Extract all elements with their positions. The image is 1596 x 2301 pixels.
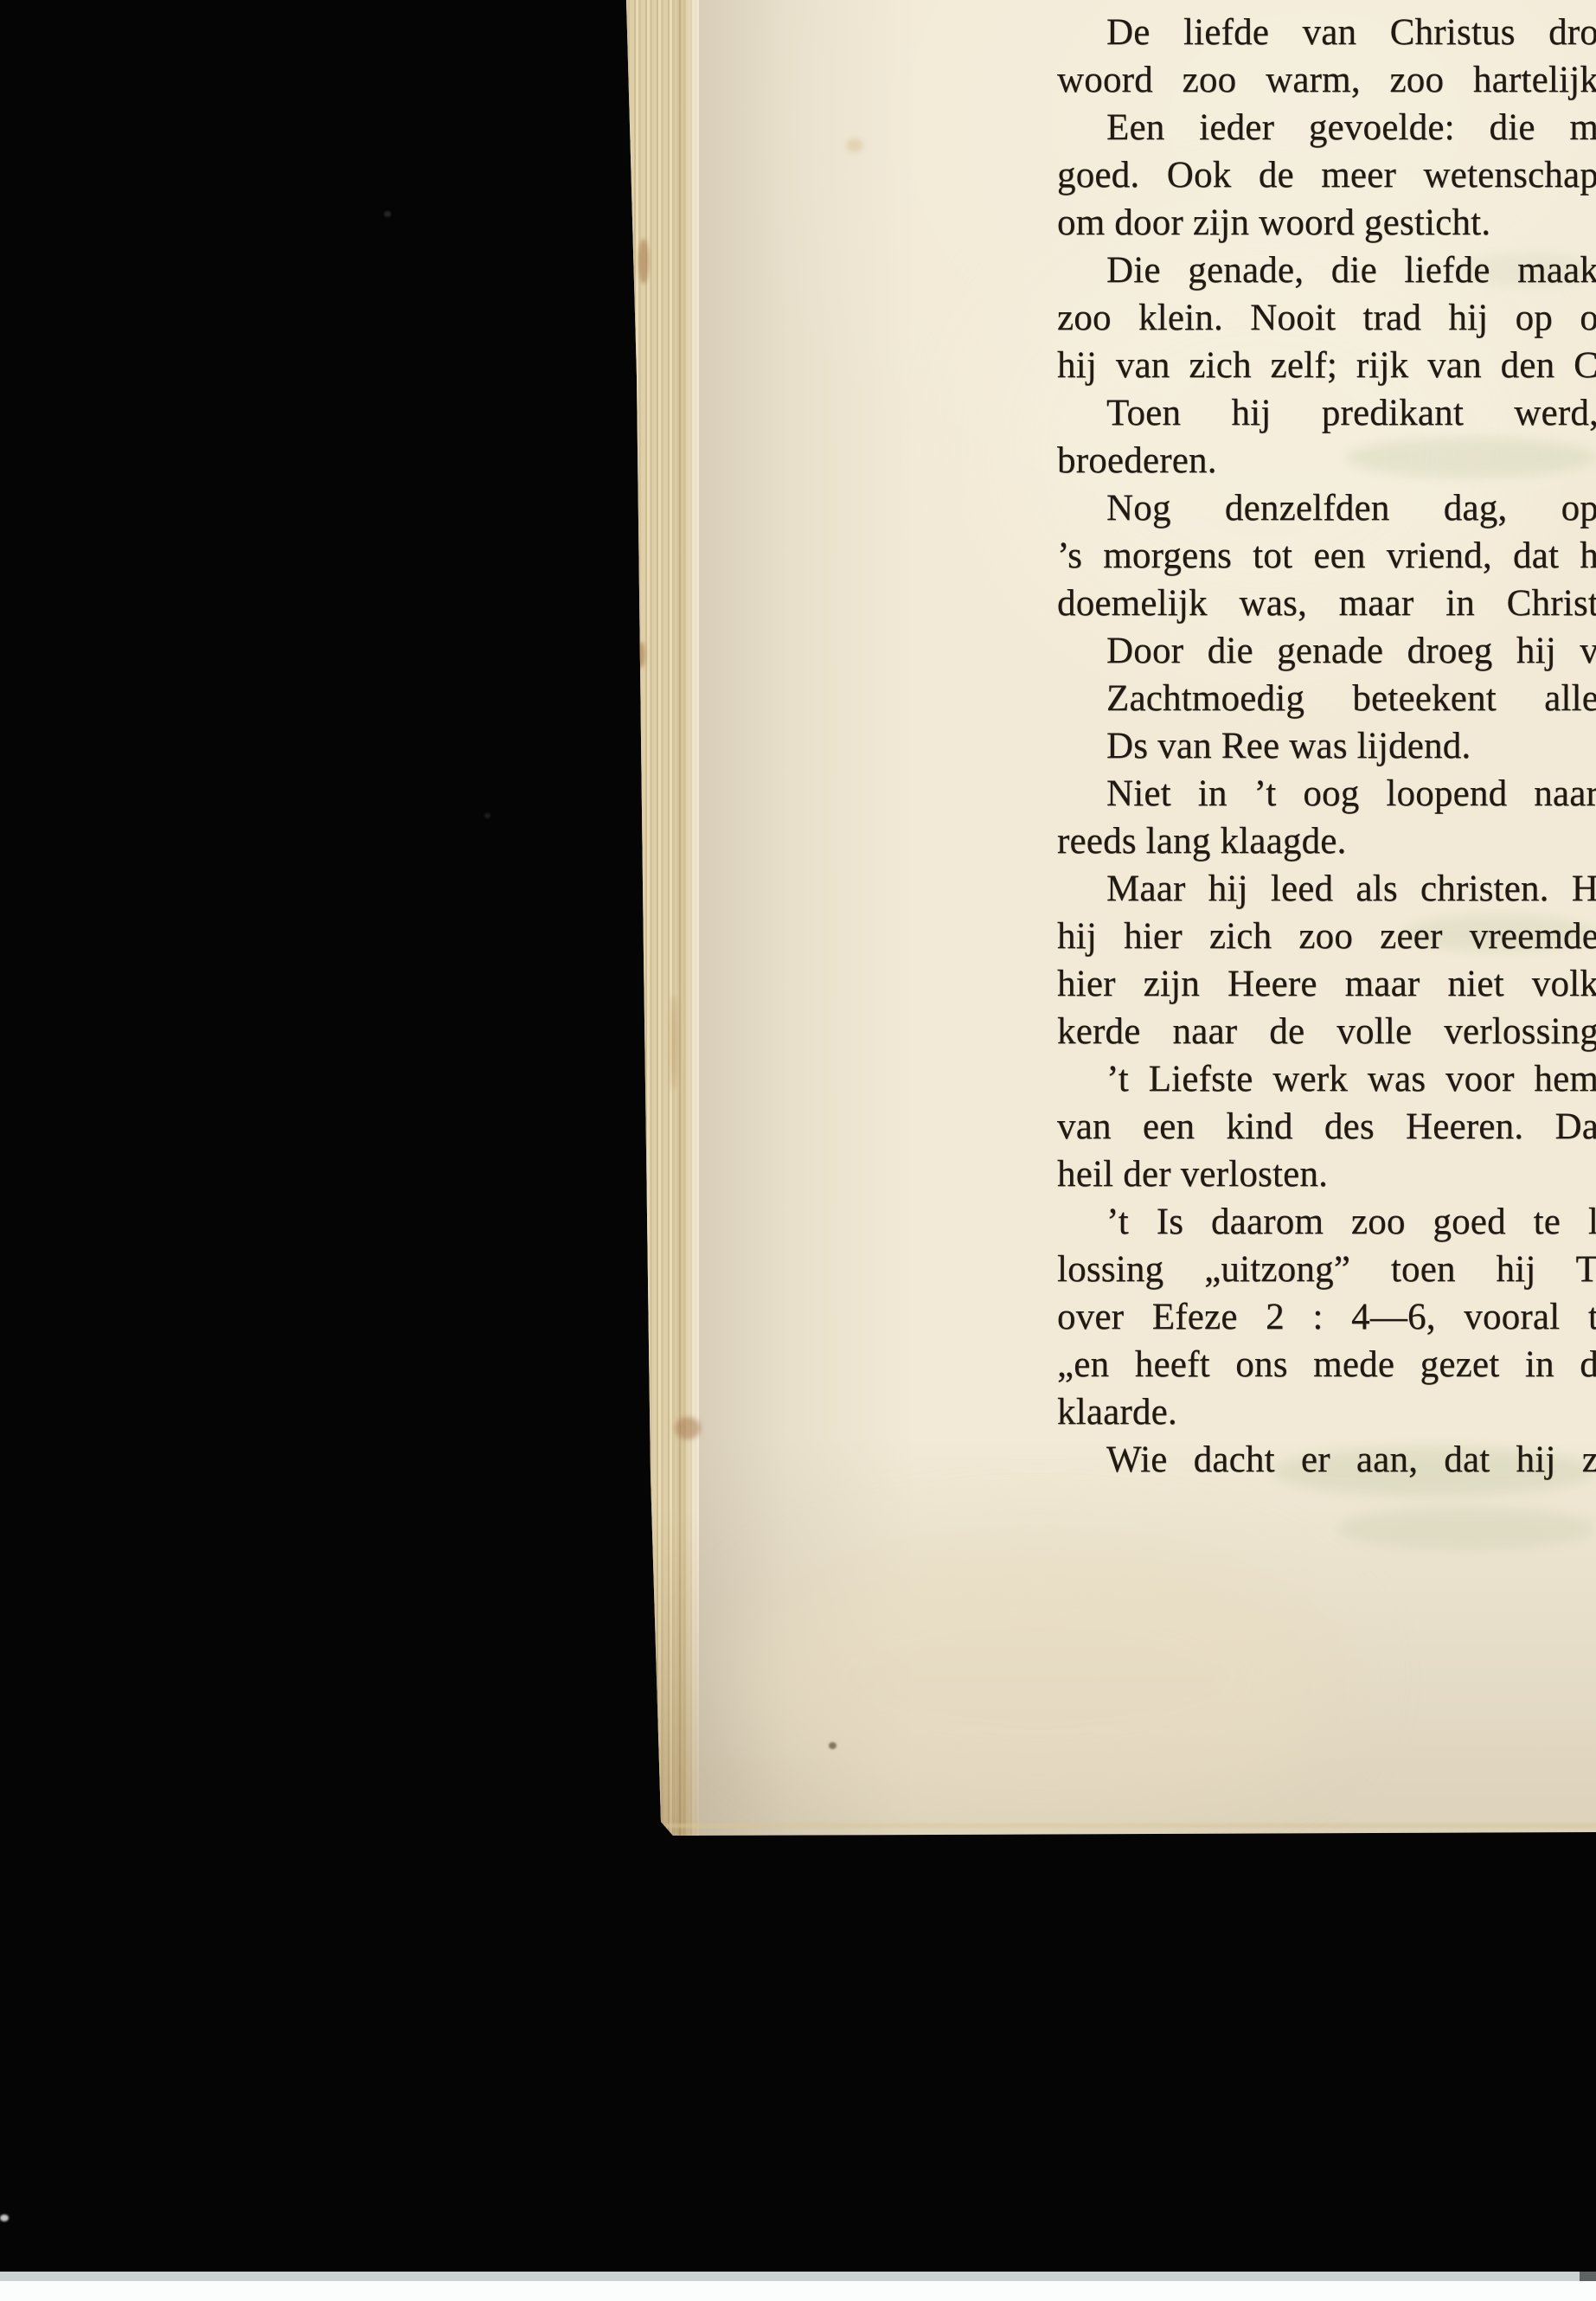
text-line: broederen. (1057, 437, 1596, 484)
page-fore-edge (625, 0, 699, 1839)
text-line: kerde naar de volle verlossing (1057, 1008, 1596, 1055)
text-line: doemelijk was, maar in Christ (1057, 580, 1596, 627)
text-line: lossing „uitzong” toen hij T (1057, 1246, 1596, 1293)
page-text-block: De liefde van Christus drowoord zoo warm… (1057, 9, 1596, 1484)
text-line: Toen hij predikant werd, (1057, 389, 1596, 437)
text-line: Door die genade droeg hij v (1057, 627, 1596, 675)
scan-canvas: De liefde van Christus drowoord zoo warm… (0, 0, 1596, 2301)
edge-streak (637, 642, 645, 668)
text-line: zoo klein. Nooit trad hij op o (1057, 294, 1596, 342)
text-line: hij van zich zelf; rijk van den C (1057, 342, 1596, 389)
page-bottom-rim (666, 1823, 1596, 1828)
scanner-bed-strip (0, 2272, 1596, 2301)
text-line: ’t Liefste werk was voor hem (1057, 1055, 1596, 1103)
text-line: ’t Is daarom zoo goed te l (1057, 1198, 1596, 1246)
edge-streak (638, 239, 649, 284)
text-line: Maar hij leed als christen. H (1057, 865, 1596, 913)
text-line: Ds van Ree was lijdend. (1057, 722, 1596, 770)
text-line: van een kind des Heeren. Da (1057, 1103, 1596, 1150)
page-mottle-patch (735, 1540, 1341, 1817)
text-line: over Efeze 2 : 4—6, vooral t (1057, 1293, 1596, 1341)
edge-streak (642, 1644, 654, 1817)
foxing-spot (675, 1417, 701, 1439)
text-line: goed. Ook de meer wetenschap (1057, 151, 1596, 199)
text-line: om door zijn woord gesticht. (1057, 199, 1596, 247)
text-line: Die genade, die liefde maak (1057, 247, 1596, 294)
text-line: ’s morgens tot een vriend, dat h (1057, 532, 1596, 580)
text-line: heil der verlosten. (1057, 1150, 1596, 1198)
text-line: Een ieder gevoelde: die m (1057, 104, 1596, 151)
text-line: woord zoo warm, zoo hartelijk (1057, 56, 1596, 104)
edge-streak (670, 995, 677, 1090)
text-line: klaarde. (1057, 1388, 1596, 1436)
book-page: De liefde van Christus drowoord zoo warm… (0, 0, 1596, 1839)
text-line: hier zijn Heere maar niet volk (1057, 960, 1596, 1008)
showthrough-patch (1336, 1507, 1596, 1550)
foxing-speck (829, 1742, 836, 1749)
dust-speck (484, 813, 490, 818)
text-line: Zachtmoedig beteekent alle (1057, 675, 1596, 722)
dust-speck (384, 211, 391, 217)
scanner-bed-strip-dark-end (1580, 2272, 1596, 2281)
text-line: Niet in ’t oog loopend naar (1057, 770, 1596, 817)
text-line: Nog denzelfden dag, op (1057, 484, 1596, 532)
text-line: reeds lang klaagde. (1057, 817, 1596, 865)
bed-speck (0, 2214, 9, 2221)
text-line: De liefde van Christus dro (1057, 9, 1596, 56)
foxing-spot (846, 138, 863, 152)
text-line: „en heeft ons mede gezet in d (1057, 1341, 1596, 1388)
text-line: Wie dacht er aan, dat hij z (1057, 1436, 1596, 1484)
text-line: hij hier zich zoo zeer vreemde (1057, 913, 1596, 960)
